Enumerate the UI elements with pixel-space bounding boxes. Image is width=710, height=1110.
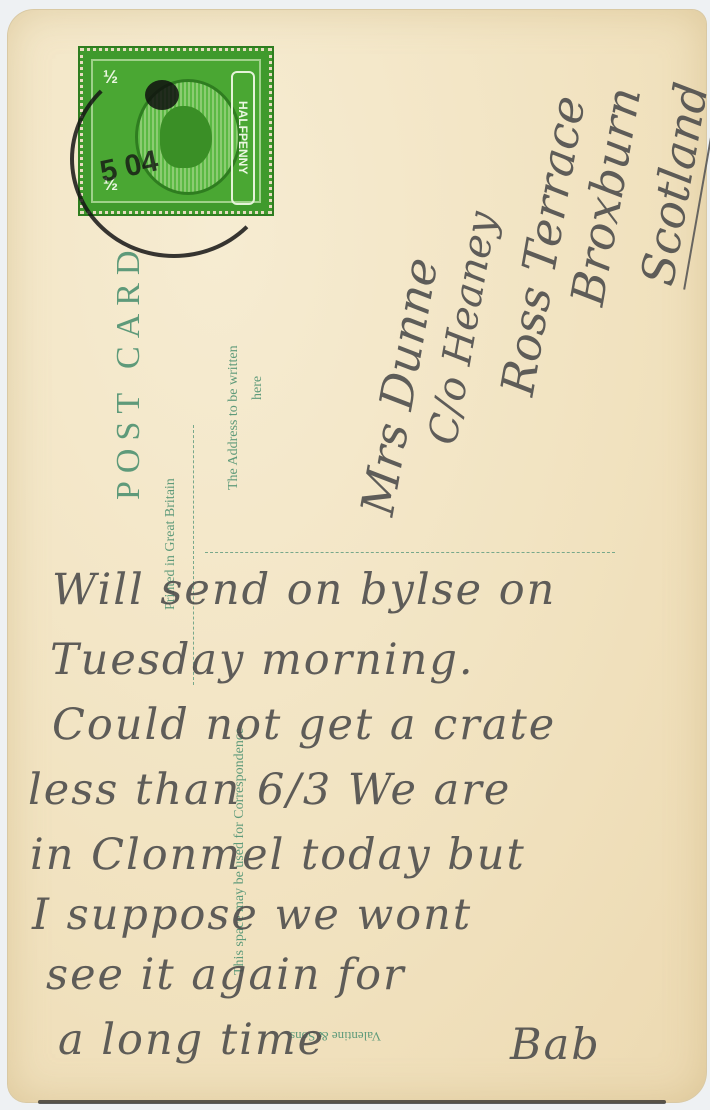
message-line-1: Will send on bylse on [52, 565, 556, 615]
address-hint-here: here [250, 376, 266, 400]
message-line-4: less than 6/3 We are [28, 765, 511, 815]
message-line-6: I suppose we wont [32, 890, 472, 940]
post-card-title: POST CARD [110, 243, 148, 501]
card-edge-shadow [38, 1100, 666, 1104]
postmark-ink-blot [145, 80, 179, 110]
message-line-7: see it again for [46, 950, 406, 1000]
signature: Bab [510, 1020, 601, 1070]
message-line-8: a long time [58, 1015, 325, 1065]
message-line-3: Could not get a crate [52, 700, 556, 750]
address-hint-label: The Address to be written [226, 345, 242, 490]
message-line-2: Tuesday morning. [50, 635, 475, 685]
message-line-5: in Clonmel today but [30, 830, 526, 880]
address-divider [205, 552, 615, 553]
